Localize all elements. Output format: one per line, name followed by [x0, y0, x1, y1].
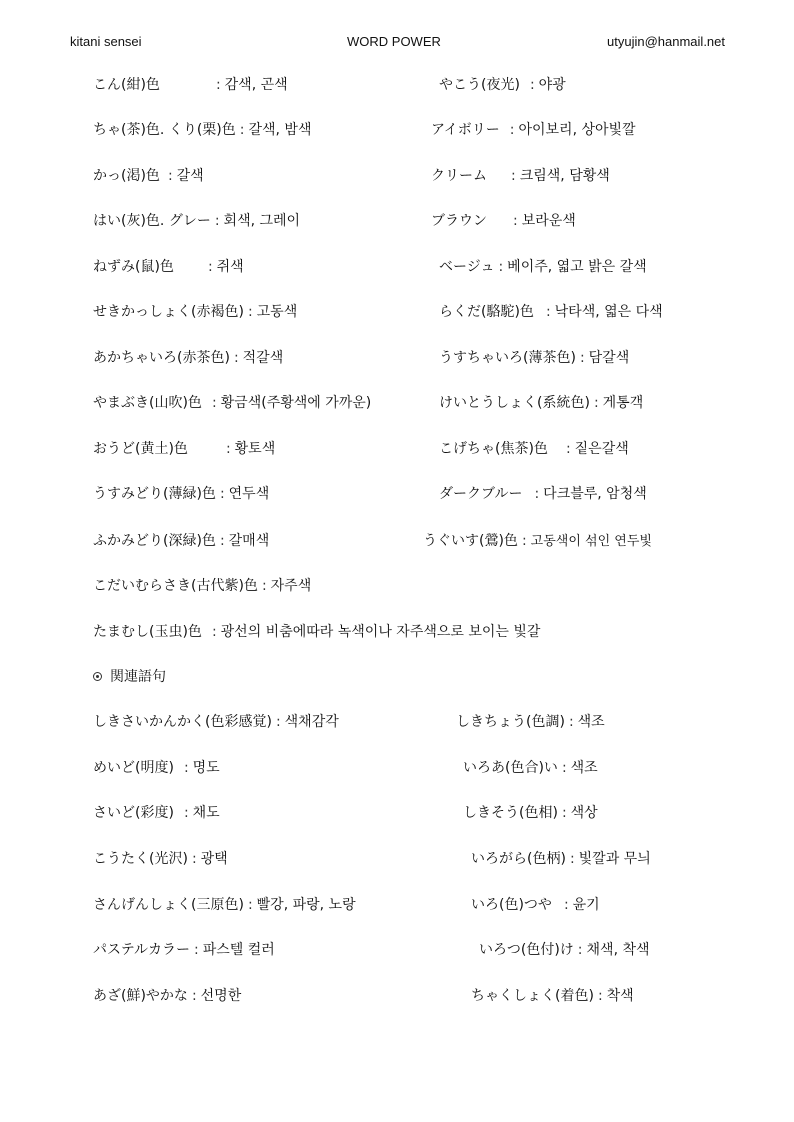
vocab-entry: いろ(色)つや:윤기 — [471, 896, 600, 914]
entry-term: ダークブルー — [439, 486, 522, 502]
entry-term: やまぶき(山吹)色 — [93, 395, 202, 411]
vocab-entry: ちゃくしょく(着色):착색 — [471, 987, 634, 1005]
vocab-entry: やまぶき(山吹)色:황금색(주황색에 가까운) — [93, 394, 371, 412]
entry-term: けいとうしょく(系統色) — [439, 395, 590, 411]
entry-separator: : — [576, 350, 589, 366]
entry-meaning: 짙은갈색 — [575, 441, 629, 457]
vocab-entry: うぐいす(鶯)色:고동색이 섞인 연두빛 — [423, 532, 652, 551]
entry-meaning: 채색, 착색 — [587, 942, 650, 958]
entry-meaning: 야광 — [539, 77, 566, 93]
vocab-entry: あかちゃいろ(赤茶色):적갈색 — [93, 349, 283, 367]
entry-meaning: 빨강, 파랑, 노랑 — [257, 897, 356, 913]
vocab-entry: こげちゃ(焦茶)色:짙은갈색 — [439, 440, 629, 458]
vocab-entry: こだいむらさき(古代紫)色:자주색 — [93, 577, 311, 595]
vocab-entry: パステルカラー:파스텔 컬러 — [93, 941, 275, 959]
entry-meaning: 빛깔과 무늬 — [579, 851, 651, 867]
entry-meaning: 연두색 — [229, 486, 270, 502]
entry-meaning: 광택 — [201, 851, 228, 867]
entry-meaning: 감색, 곤색 — [225, 77, 288, 93]
entry-separator: : — [180, 760, 193, 776]
entry-term: さんげんしょく(三原色) — [93, 897, 244, 913]
entry-separator: : — [230, 350, 243, 366]
entry-meaning: 적갈색 — [243, 350, 284, 366]
entry-separator: : — [204, 259, 217, 275]
vocab-entry: さんげんしょく(三原色):빨강, 파랑, 노랑 — [93, 896, 356, 914]
entry-separator: : — [590, 395, 603, 411]
entry-meaning: 고동색이 섞인 연두빛 — [531, 534, 652, 549]
entry-term: ブラウン — [431, 213, 487, 229]
vocab-entry: こうたく(光沢):광택 — [93, 850, 228, 868]
entry-separator: : — [566, 851, 579, 867]
entry-separator: : — [222, 441, 235, 457]
vocab-entry: うすちゃいろ(薄茶色):담갈색 — [439, 349, 629, 367]
entry-meaning: 갈매색 — [229, 533, 270, 549]
entry-term: しきさいかんかく(色彩感覚) — [93, 714, 272, 730]
entry-term: さいど(彩度) — [93, 805, 174, 821]
entry-term: アイボリー — [431, 122, 500, 138]
entry-separator: : — [208, 395, 221, 411]
bullet-icon — [93, 672, 102, 681]
header-author: kitani sensei — [70, 34, 142, 49]
entry-term: うすみどり(薄緑)色 — [93, 486, 216, 502]
vocab-entry: ねずみ(鼠)色:쥐색 — [93, 258, 244, 276]
entry-meaning: 착색 — [607, 988, 634, 1004]
vocab-entry: しきさいかんかく(色彩感覚):색채감각 — [93, 713, 339, 731]
entry-separator: : — [518, 533, 531, 549]
entry-separator: : — [208, 624, 221, 640]
vocab-entry: アイボリー:아이보리, 상아빛깔 — [431, 121, 636, 139]
entry-meaning: 낙타색, 엷은 다색 — [555, 304, 663, 320]
entry-term: らくだ(駱駝)色 — [439, 304, 534, 320]
entry-term: ちゃ(茶)色. くり(栗)色 — [93, 122, 236, 138]
vocab-entry: ダークブルー:다크블루, 암청색 — [439, 485, 647, 503]
entry-term: いろつ(色付)け — [479, 942, 574, 958]
entry-separator: : — [509, 213, 522, 229]
vocab-entry: けいとうしょく(系統色):게통객 — [439, 394, 643, 412]
entry-separator: : — [244, 304, 257, 320]
vocab-entry: クリーム:크림색, 담황색 — [431, 167, 610, 185]
entry-meaning: 색상 — [571, 805, 598, 821]
entry-meaning: 색조 — [578, 714, 605, 730]
vocab-entry: ふかみどり(深緑)色:갈매색 — [93, 532, 269, 550]
entry-separator: : — [558, 805, 571, 821]
entry-separator: : — [565, 714, 578, 730]
vocab-entry: やこう(夜光):야광 — [439, 76, 566, 94]
entry-meaning: 갈색 — [177, 168, 204, 184]
entry-meaning: 고동색 — [257, 304, 298, 320]
vocab-entry: ちゃ(茶)色. くり(栗)色:갈색, 밤색 — [93, 121, 311, 139]
entry-separator: : — [494, 259, 507, 275]
entry-term: しきそう(色相) — [463, 805, 558, 821]
entry-separator: : — [562, 441, 575, 457]
entry-meaning: 광선의 비춤에따라 녹색이나 자주색으로 보이는 빛갈 — [221, 624, 541, 640]
entry-term: こげちゃ(焦茶)色 — [439, 441, 548, 457]
entry-meaning: 보라운색 — [522, 213, 576, 229]
entry-term: せきかっしょく(赤褐色) — [93, 304, 244, 320]
entry-meaning: 채도 — [193, 805, 220, 821]
entry-separator: : — [164, 168, 177, 184]
entry-meaning: 색조 — [571, 760, 598, 776]
entry-term: うすちゃいろ(薄茶色) — [439, 350, 576, 366]
entry-term: やこう(夜光) — [439, 77, 520, 93]
header-title: WORD POWER — [347, 34, 441, 49]
entry-term: おうど(黄土)色 — [93, 441, 188, 457]
vocab-entry: いろつ(色付)け:채색, 착색 — [479, 941, 650, 959]
vocab-entry: せきかっしょく(赤褐色):고동색 — [93, 303, 297, 321]
entry-separator: : — [272, 714, 285, 730]
entry-meaning: 자주색 — [271, 578, 312, 594]
entry-separator: : — [526, 77, 539, 93]
entry-meaning: 황토색 — [235, 441, 276, 457]
entry-meaning: 크림색, 담황색 — [520, 168, 610, 184]
entry-separator: : — [558, 760, 571, 776]
entry-separator: : — [216, 533, 229, 549]
entry-term: しきちょう(色調) — [456, 714, 565, 730]
entry-term: あざ(鮮)やかな — [93, 988, 188, 1004]
entry-meaning: 선명한 — [201, 988, 242, 1004]
vocab-entry: ブラウン:보라운색 — [431, 212, 576, 230]
entry-term: こうたく(光沢) — [93, 851, 188, 867]
entry-meaning: 색채감각 — [285, 714, 339, 730]
section-heading-text: 関連語句 — [110, 669, 166, 685]
entry-term: はい(灰)色. グレー — [93, 213, 211, 229]
vocab-entry: らくだ(駱駝)色:낙타색, 엷은 다색 — [439, 303, 663, 321]
vocab-entry: しきそう(色相):색상 — [463, 804, 598, 822]
entry-meaning: 황금색(주황색에 가까운) — [221, 395, 372, 411]
entry-separator: : — [212, 77, 225, 93]
entry-term: ベージュ — [439, 259, 494, 275]
entry-term: ねずみ(鼠)色 — [93, 259, 174, 275]
entry-term: こだいむらさき(古代紫)色 — [93, 578, 258, 594]
entry-term: かっ(渇)色 — [93, 168, 160, 184]
entry-term: いろあ(色合)い — [463, 760, 558, 776]
vocab-entry: いろあ(色合)い:색조 — [463, 759, 598, 777]
entry-separator: : — [507, 168, 520, 184]
entry-meaning: 갈색, 밤색 — [248, 122, 311, 138]
entry-term: めいど(明度) — [93, 760, 174, 776]
vocab-entry: ベージュ:베이주, 엷고 밝은 갈색 — [439, 258, 647, 276]
entry-separator: : — [542, 304, 555, 320]
header-email: utyujin@hanmail.net — [607, 34, 725, 49]
vocab-entry: こん(紺)色:감색, 곤색 — [93, 76, 288, 94]
entry-meaning: 다크블루, 암청색 — [543, 486, 647, 502]
entry-term: パステルカラー — [93, 942, 190, 958]
vocab-entry: おうど(黄土)色:황토색 — [93, 440, 275, 458]
entry-term: いろ(色)つや — [471, 897, 552, 913]
entry-term: うぐいす(鶯)色 — [423, 533, 518, 549]
entry-separator: : — [236, 122, 249, 138]
entry-term: ちゃくしょく(着色) — [471, 988, 594, 1004]
entry-separator: : — [180, 805, 193, 821]
entry-separator: : — [258, 578, 271, 594]
entry-separator: : — [188, 851, 201, 867]
vocab-entry: かっ(渇)色:갈색 — [93, 167, 204, 185]
entry-meaning: 윤기 — [573, 897, 600, 913]
entry-term: ふかみどり(深緑)色 — [93, 533, 216, 549]
vocab-entry: うすみどり(薄緑)色:연두색 — [93, 485, 269, 503]
section-heading-related-terms: 関連語句 — [93, 668, 166, 686]
vocab-entry: たまむし(玉虫)色:광선의 비춤에따라 녹색이나 자주색으로 보이는 빛갈 — [93, 623, 540, 641]
entry-separator: : — [190, 942, 203, 958]
entry-separator: : — [216, 486, 229, 502]
vocab-entry: さいど(彩度):채도 — [93, 804, 220, 822]
entry-term: あかちゃいろ(赤茶色) — [93, 350, 230, 366]
entry-term: クリーム — [431, 168, 487, 184]
entry-separator: : — [530, 486, 543, 502]
entry-separator: : — [211, 213, 224, 229]
entry-separator: : — [594, 988, 607, 1004]
entry-term: いろがら(色柄) — [471, 851, 566, 867]
vocab-entry: しきちょう(色調):색조 — [456, 713, 605, 731]
entry-separator: : — [560, 897, 573, 913]
entry-meaning: 파스텔 컬러 — [203, 942, 275, 958]
entry-meaning: 아이보리, 상아빛깔 — [518, 122, 635, 138]
entry-meaning: 명도 — [193, 760, 220, 776]
vocab-entry: はい(灰)色. グレー:회색, 그레이 — [93, 212, 300, 230]
entry-separator: : — [188, 988, 201, 1004]
entry-separator: : — [574, 942, 587, 958]
vocab-entry: いろがら(色柄):빛깔과 무늬 — [471, 850, 651, 868]
entry-meaning: 담갈색 — [589, 350, 630, 366]
entry-separator: : — [244, 897, 257, 913]
entry-term: こん(紺)色 — [93, 77, 160, 93]
entry-term: たまむし(玉虫)色 — [93, 624, 202, 640]
entry-meaning: 쥐색 — [217, 259, 244, 275]
entry-meaning: 베이주, 엷고 밝은 갈색 — [507, 259, 647, 275]
vocab-entry: めいど(明度):명도 — [93, 759, 220, 777]
entry-meaning: 게통객 — [603, 395, 644, 411]
entry-meaning: 회색, 그레이 — [224, 213, 301, 229]
entry-separator: : — [506, 122, 519, 138]
vocab-entry: あざ(鮮)やかな:선명한 — [93, 987, 241, 1005]
